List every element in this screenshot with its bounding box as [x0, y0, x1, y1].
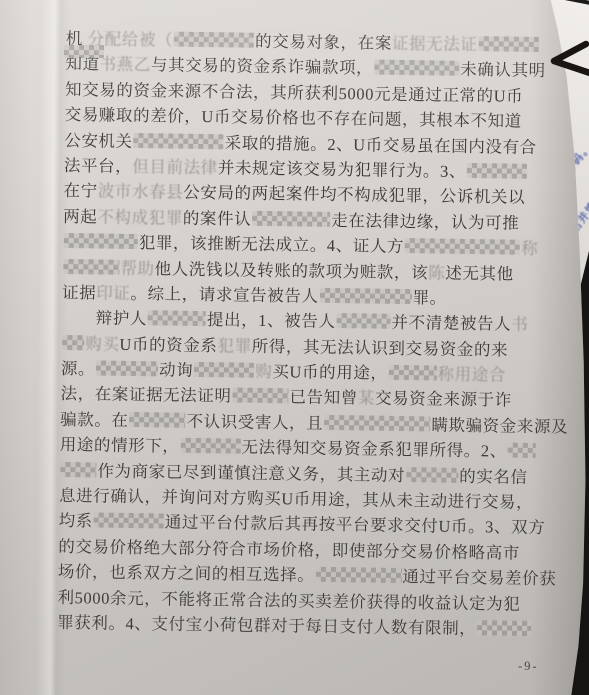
redaction-blur — [96, 361, 158, 377]
document-text: 机 分配给被（的交易对象，在案证据无法证知道书燕乙与其交易的资金系诈骗款项，未确… — [57, 26, 554, 643]
text-segment: 所得，其无法认识到交易资金的来 — [252, 336, 509, 359]
text-segment: 并未规定该交易为犯罪行为。3、 — [218, 158, 467, 181]
text-segment: 通过平台交易差价获 — [402, 567, 556, 588]
text-segment: 瞒欺骗资金来源及 — [431, 415, 568, 436]
page-number: -9- — [518, 659, 539, 674]
redaction-blur — [232, 388, 288, 404]
text-segment: 息进行确认，并询问对方购买U币用途，其从未主动进行交易， — [59, 486, 533, 512]
text-segment: 购 — [255, 362, 272, 381]
text-segment: 已告知曾 — [289, 388, 358, 408]
text-segment: 称 — [521, 239, 538, 258]
redaction-blur — [406, 467, 458, 483]
text-segment: 交易赚取的差价，U币交易价格也不存在问题，其根本不知道 — [65, 105, 522, 131]
redaction-blur — [180, 438, 240, 454]
text-segment: 提出，1、被告人 — [207, 310, 336, 331]
text-segment: 走在法律边缘，认为可推 — [331, 211, 519, 233]
redaction-blur — [477, 620, 531, 636]
redaction-blur — [478, 36, 538, 52]
text-segment: 辩护人 — [96, 309, 148, 329]
ink-mark — [540, 34, 589, 84]
redaction-blur — [60, 462, 96, 478]
redaction-blur — [64, 45, 104, 58]
redaction-blur — [319, 288, 411, 304]
redaction-blur — [148, 311, 206, 327]
text-segment: 不认识受害人，且 — [186, 412, 323, 433]
text-segment: 印证 — [96, 283, 130, 303]
text-segment: 帮助 — [120, 258, 154, 278]
redaction-blur — [62, 335, 84, 350]
text-segment: 作为商家已尽到谨慎注意义务，其主动对 — [97, 461, 405, 485]
text-segment: 某 — [358, 389, 375, 408]
text-segment: 无法得知交易资金系犯罪所得。2、 — [241, 438, 507, 461]
redaction-blur — [63, 259, 119, 275]
text-segment: 。综上，请求宣告被告人 — [130, 284, 318, 306]
text-segment: 买U币的用途， — [272, 362, 387, 383]
redaction-blur — [252, 211, 330, 227]
redaction-blur — [374, 60, 459, 76]
text-segment: 书 — [511, 315, 528, 334]
redaction-blur — [174, 32, 254, 48]
text-segment: 采取的措施。2、U币交易虽在国内没有合 — [225, 133, 537, 157]
text-segment: 罪获利。4、支付宝小荷包群对于每日支付人数有限制， — [57, 613, 476, 638]
redaction-blur — [129, 412, 185, 428]
document-photo: 签名并填写证件号码。 签名并填 机 分配给被（的交易对象，在案证据无法证知道书燕… — [0, 0, 589, 695]
text-segment: 未确认其明 — [460, 60, 546, 80]
redaction-blur — [134, 133, 224, 149]
redaction-blur — [324, 415, 430, 432]
text-segment: 在宁 — [63, 181, 97, 201]
redaction-blur — [467, 163, 527, 179]
text-segment: 交易资金来源于诈 — [375, 389, 512, 410]
text-segment: 购买 — [85, 334, 119, 354]
redaction-blur — [64, 233, 138, 249]
text-segment: 罪。 — [412, 288, 446, 308]
text-segment: 波市水春县 — [98, 182, 184, 202]
redaction-blur — [94, 513, 164, 529]
text-segment: 的实名信 — [459, 467, 528, 487]
text-segment: 均系 — [59, 511, 93, 531]
text-segment: 公安局的两起案件均不构成犯罪，公诉机关以 — [183, 183, 525, 207]
text-segment: 称用途合 — [437, 365, 506, 385]
text-segment: 证据无法证 — [392, 34, 478, 54]
text-segment: 不构成犯罪 — [97, 207, 183, 227]
text-segment: 利5000余元，不能将正常合法的买卖差价获得的收益认定为犯 — [57, 588, 520, 614]
text-segment: 动询 — [159, 360, 193, 380]
redaction-blur — [388, 365, 436, 381]
redaction-blur — [194, 362, 254, 378]
text-segment: 证据 — [62, 283, 96, 303]
text-segment: 犯罪，该推断无法成立。4、证人方 — [139, 233, 405, 256]
text-segment: U币的资金系 — [119, 335, 217, 355]
text-segment: 两起 — [63, 207, 97, 227]
text-segment: 书燕乙 — [99, 55, 151, 75]
redaction-blur — [405, 238, 520, 255]
text-segment: 骗款。在 — [60, 410, 129, 430]
text-segment: 源。 — [61, 359, 95, 379]
text-segment: 并不清楚被告人 — [391, 313, 511, 334]
text-segment: 场价，也系双方之间的相互选择。 — [58, 562, 315, 585]
text-segment: 陈 — [428, 263, 445, 282]
redaction-blur — [336, 313, 390, 329]
text-segment: 知交易的资金来源不合法，其所获利5000元是通过正常的U币 — [65, 80, 524, 106]
text-segment: 犯罪 — [217, 336, 251, 356]
text-segment: 与其交易的资金系诈骗款项， — [151, 56, 374, 78]
text-segment: 法平台， — [64, 156, 133, 176]
text-segment: 但目前法律 — [132, 157, 218, 177]
text-segment: 的案件认 — [183, 208, 252, 228]
text-segment: 的交易价格绝大部分符合市场价格，即使部分交易价格略高市 — [58, 537, 520, 563]
text-segment: 用途的情形下， — [60, 435, 180, 456]
text-segment: 公安机关 — [64, 131, 133, 151]
redaction-blur — [508, 443, 536, 458]
text-segment: 通过平台付款后其再按平台要求交付U币。3、双方 — [165, 513, 546, 538]
redaction-blur — [315, 567, 401, 583]
text-segment: 述无其他 — [445, 263, 514, 283]
text-segment: 的交易对象，在案 — [255, 32, 392, 53]
text-segment: 他人洗钱以及转账的款项为赃款，该 — [154, 259, 428, 282]
text-segment: 法，在案证据无法证明 — [60, 384, 231, 406]
